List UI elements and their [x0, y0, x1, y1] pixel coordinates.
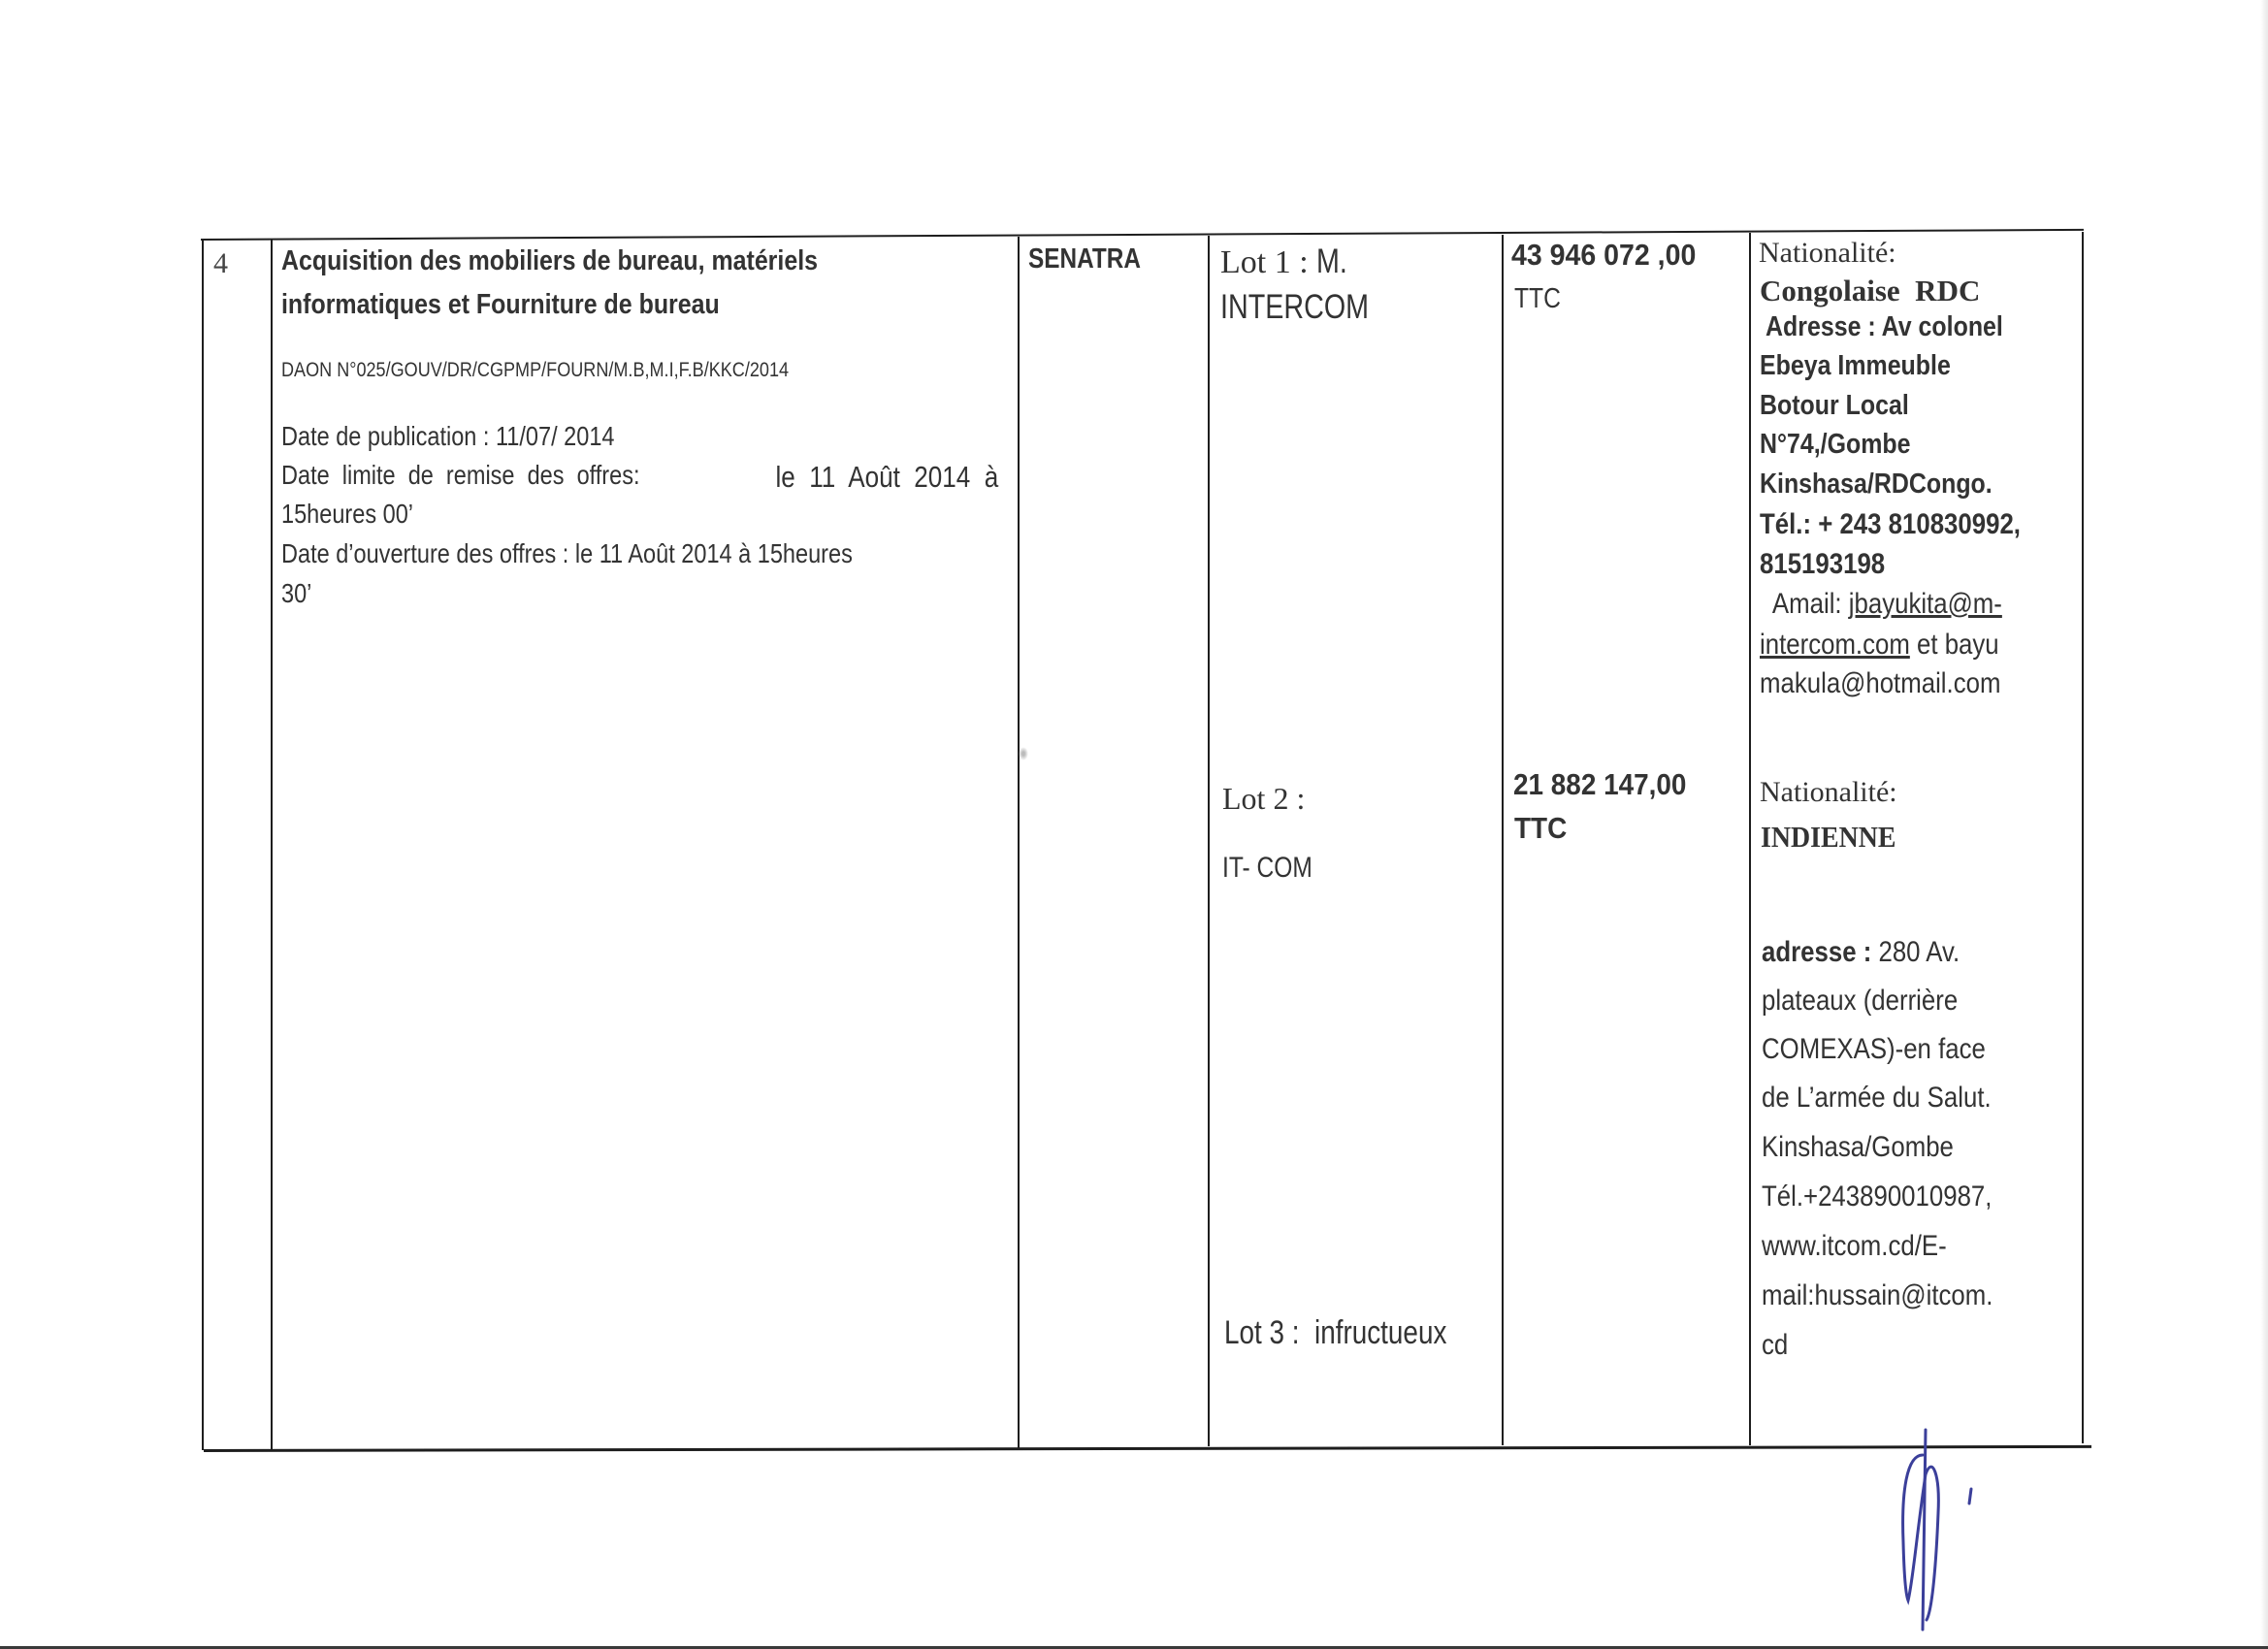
lot-2-label: Lot 2 : — [1222, 781, 1305, 817]
deadline-value: le 11 Août 2014 à — [775, 460, 998, 495]
lot-1-address-line-2: Ebeya Immeuble — [1760, 350, 1951, 382]
lot-1-line1: Lot 1 : M. — [1220, 242, 1354, 281]
lot-1-name-prefix: M. — [1316, 242, 1347, 281]
lot-1-email-link-part1[interactable]: jbayukita@m- — [1849, 588, 2002, 620]
col-divider-5 — [1749, 233, 1751, 1445]
lot-1-email-line-3: makula@hotmail.com — [1760, 667, 2000, 700]
lot-2-currency-note: TTC — [1514, 811, 1567, 846]
deadline-label: Date limite de remise des offres: — [281, 460, 640, 495]
lot-3-label: Lot 3 : — [1224, 1314, 1300, 1351]
lot-2-address-line-1: adresse : 280 Av. — [1762, 936, 1960, 969]
tender-title-line2: informatiques et Fourniture de bureau — [281, 289, 720, 321]
lot-1-nationality-label: Nationalité: — [1759, 237, 1896, 270]
col-divider-1 — [271, 240, 273, 1450]
publication-date-label: Date de publication : — [281, 421, 496, 451]
deadline-line1: Date limite de remise des offres:le 11 A… — [281, 460, 998, 495]
lot-1-phone-line-1: Tél.: + 243 810830992, — [1760, 508, 2021, 541]
lot-1-email-line-2: intercom.com et bayu — [1760, 629, 1999, 662]
row-number: 4 — [213, 247, 228, 280]
publication-date-line: Date de publication : 11/07/ 2014 — [281, 421, 614, 452]
col-divider-4 — [1502, 235, 1504, 1445]
lot-2-nationality-label: Nationalité: — [1760, 776, 1897, 809]
lot-1-currency-note: TTC — [1514, 283, 1561, 315]
scan-edge-shadow — [2260, 0, 2268, 1649]
lot-2-address-value: 280 Av. — [1878, 936, 1960, 968]
lot-2-website[interactable]: www.itcom.cd/E- — [1762, 1230, 1947, 1263]
lot-1-label: Lot 1 : — [1220, 244, 1316, 280]
scan-speck — [1019, 747, 1028, 760]
tender-reference: DAON N°025/GOUV/DR/CGPMP/FOURN/M.B,M.I,F… — [281, 359, 789, 382]
lot-3-line: Lot 3 : infructueux — [1224, 1314, 1446, 1352]
lot-1-nationality: Congolaise RDC — [1760, 274, 1980, 308]
lot-1-address-line-1: Adresse : Av colonel — [1760, 311, 2003, 343]
lot-1-email-line-1: Amail: jbayukita@m- — [1760, 588, 2002, 621]
lot-1-email-suffix: et bayu — [1910, 629, 1999, 661]
lot-1-amount: 43 946 072 ,00 — [1511, 238, 1696, 273]
lot-2-email-line-2: cd — [1762, 1329, 1788, 1362]
col-divider-3 — [1208, 236, 1210, 1446]
lot-1-name: INTERCOM — [1220, 288, 1369, 327]
lot-2-address-line-3: COMEXAS)-en face — [1762, 1033, 1986, 1066]
lot-2-email-line-1[interactable]: mail:hussain@itcom. — [1762, 1279, 1993, 1312]
lot-1-phone-line-2: 815193198 — [1760, 548, 1885, 581]
lot-2-name: IT- COM — [1222, 852, 1312, 885]
lot-2-amount: 21 882 147,00 — [1513, 767, 1686, 802]
lot-1-address-line-3: Botour Local — [1760, 390, 1909, 422]
table-left-border — [202, 240, 204, 1450]
col-divider-2 — [1018, 237, 1020, 1448]
lot-2-address-line-4: de L’armée du Salut. — [1762, 1082, 1992, 1115]
signature-initials — [1882, 1416, 1998, 1649]
lot-2-phone: Tél.+243890010987, — [1762, 1180, 1992, 1213]
lot-1-address-line-4: N°74,/Gombe — [1760, 429, 1910, 461]
lot-1-address-line-5: Kinshasa/RDCongo. — [1760, 469, 1993, 501]
lot-3-status-value: infructueux — [1314, 1314, 1446, 1351]
lot-2-address-label: adresse : — [1762, 936, 1878, 968]
lot-1-email-link-part2[interactable]: intercom.com — [1760, 629, 1910, 661]
contracting-authority: SENATRA — [1028, 243, 1141, 275]
opening-line2: 30’ — [281, 578, 311, 609]
opening-line1: Date d’ouverture des offres : le 11 Août… — [281, 538, 853, 569]
table-right-border — [2082, 232, 2084, 1443]
table-bottom-border — [204, 1445, 2091, 1452]
lot-1-email-prefix: Amail: — [1760, 588, 1849, 620]
lot-2-address-line-2: plateaux (derrière — [1762, 985, 1958, 1018]
lot-2-address-line-5: Kinshasa/Gombe — [1762, 1131, 1954, 1164]
deadline-line2: 15heures 00’ — [281, 499, 413, 530]
lot-2-nationality: INDIENNE — [1761, 820, 1896, 855]
tender-title-line1: Acquisition des mobiliers de bureau, mat… — [281, 245, 818, 277]
publication-date-value: 11/07/ 2014 — [496, 421, 615, 451]
